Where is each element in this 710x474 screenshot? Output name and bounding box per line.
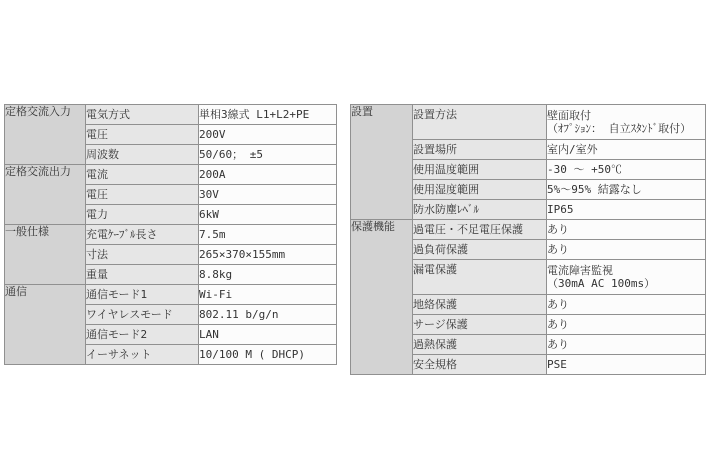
spec-category-cell: 通信 bbox=[5, 285, 86, 365]
spec-sheet: 定格交流入力電気方式単相3線式 L1+L2+PE電圧200V周波数50/60； … bbox=[0, 0, 710, 474]
spec-category-cell: 保護機能 bbox=[351, 220, 413, 375]
spec-label-cell: 周波数 bbox=[86, 145, 199, 165]
spec-row: 一般仕様充電ｹｰﾌﾞﾙ長さ7.5m bbox=[5, 225, 337, 245]
spec-label-cell: 過負荷保護 bbox=[413, 240, 547, 260]
spec-value-cell: 5%～95% 結露なし bbox=[547, 180, 706, 200]
spec-value-cell: 30V bbox=[199, 185, 337, 205]
spec-label-cell: 過電圧・不足電圧保護 bbox=[413, 220, 547, 240]
spec-value-cell: 200V bbox=[199, 125, 337, 145]
spec-label-cell: 過熱保護 bbox=[413, 335, 547, 355]
spec-value-cell: 50/60； ±5 bbox=[199, 145, 337, 165]
spec-value-cell: LAN bbox=[199, 325, 337, 345]
spec-row: 定格交流入力電気方式単相3線式 L1+L2+PE bbox=[5, 105, 337, 125]
right-spec-table: 設置設置方法壁面取付（ｵﾌﾟｼｮﾝ： 自立ｽﾀﾝﾄﾞ取付）設置場所室内/室外使用… bbox=[350, 104, 706, 375]
spec-value-cell: 802.11 b/g/n bbox=[199, 305, 337, 325]
spec-label-cell: 寸法 bbox=[86, 245, 199, 265]
spec-category-cell: 設置 bbox=[351, 105, 413, 220]
spec-row: 定格交流出力電流200A bbox=[5, 165, 337, 185]
spec-value-cell: あり bbox=[547, 335, 706, 355]
spec-label-cell: イーサネット bbox=[86, 345, 199, 365]
spec-value-cell: あり bbox=[547, 240, 706, 260]
spec-row: 設置設置方法壁面取付（ｵﾌﾟｼｮﾝ： 自立ｽﾀﾝﾄﾞ取付） bbox=[351, 105, 706, 140]
spec-label-cell: 電圧 bbox=[86, 185, 199, 205]
spec-value-cell: 8.8kg bbox=[199, 265, 337, 285]
spec-label-cell: 設置場所 bbox=[413, 140, 547, 160]
spec-value-cell: 電流障害監視（30mA AC 100ms） bbox=[547, 260, 706, 295]
spec-label-cell: 電力 bbox=[86, 205, 199, 225]
spec-label-cell: 使用湿度範囲 bbox=[413, 180, 547, 200]
spec-value-cell: Wi-Fi bbox=[199, 285, 337, 305]
spec-value-cell: 壁面取付（ｵﾌﾟｼｮﾝ： 自立ｽﾀﾝﾄﾞ取付） bbox=[547, 105, 706, 140]
spec-row: 保護機能過電圧・不足電圧保護あり bbox=[351, 220, 706, 240]
spec-label-cell: 使用温度範囲 bbox=[413, 160, 547, 180]
spec-label-cell: 重量 bbox=[86, 265, 199, 285]
left-spec-table: 定格交流入力電気方式単相3線式 L1+L2+PE電圧200V周波数50/60； … bbox=[4, 104, 337, 365]
spec-value-cell: 10/100 M ( DHCP) bbox=[199, 345, 337, 365]
spec-label-cell: 安全規格 bbox=[413, 355, 547, 375]
spec-label-cell: 通信モード2 bbox=[86, 325, 199, 345]
spec-value-cell: 200A bbox=[199, 165, 337, 185]
spec-label-cell: 設置方法 bbox=[413, 105, 547, 140]
spec-value-cell: あり bbox=[547, 315, 706, 335]
spec-label-cell: 充電ｹｰﾌﾞﾙ長さ bbox=[86, 225, 199, 245]
spec-value-cell: IP65 bbox=[547, 200, 706, 220]
spec-label-cell: 漏電保護 bbox=[413, 260, 547, 295]
spec-label-cell: ワイヤレスモード bbox=[86, 305, 199, 325]
spec-label-cell: 電圧 bbox=[86, 125, 199, 145]
spec-label-cell: 電流 bbox=[86, 165, 199, 185]
spec-value-cell: 7.5m bbox=[199, 225, 337, 245]
spec-category-cell: 定格交流入力 bbox=[5, 105, 86, 165]
spec-value-cell: 265×370×155mm bbox=[199, 245, 337, 265]
spec-category-cell: 一般仕様 bbox=[5, 225, 86, 285]
spec-value-cell: あり bbox=[547, 220, 706, 240]
spec-row: 通信通信モード1Wi-Fi bbox=[5, 285, 337, 305]
spec-category-cell: 定格交流出力 bbox=[5, 165, 86, 225]
spec-label-cell: 地絡保護 bbox=[413, 295, 547, 315]
spec-value-cell: 室内/室外 bbox=[547, 140, 706, 160]
spec-label-cell: 通信モード1 bbox=[86, 285, 199, 305]
spec-label-cell: 防水防塵ﾚﾍﾞﾙ bbox=[413, 200, 547, 220]
spec-label-cell: サージ保護 bbox=[413, 315, 547, 335]
spec-value-cell: 6kW bbox=[199, 205, 337, 225]
spec-value-cell: -30 ～ +50℃ bbox=[547, 160, 706, 180]
spec-label-cell: 電気方式 bbox=[86, 105, 199, 125]
spec-value-cell: あり bbox=[547, 295, 706, 315]
spec-value-cell: 単相3線式 L1+L2+PE bbox=[199, 105, 337, 125]
spec-value-cell: PSE bbox=[547, 355, 706, 375]
